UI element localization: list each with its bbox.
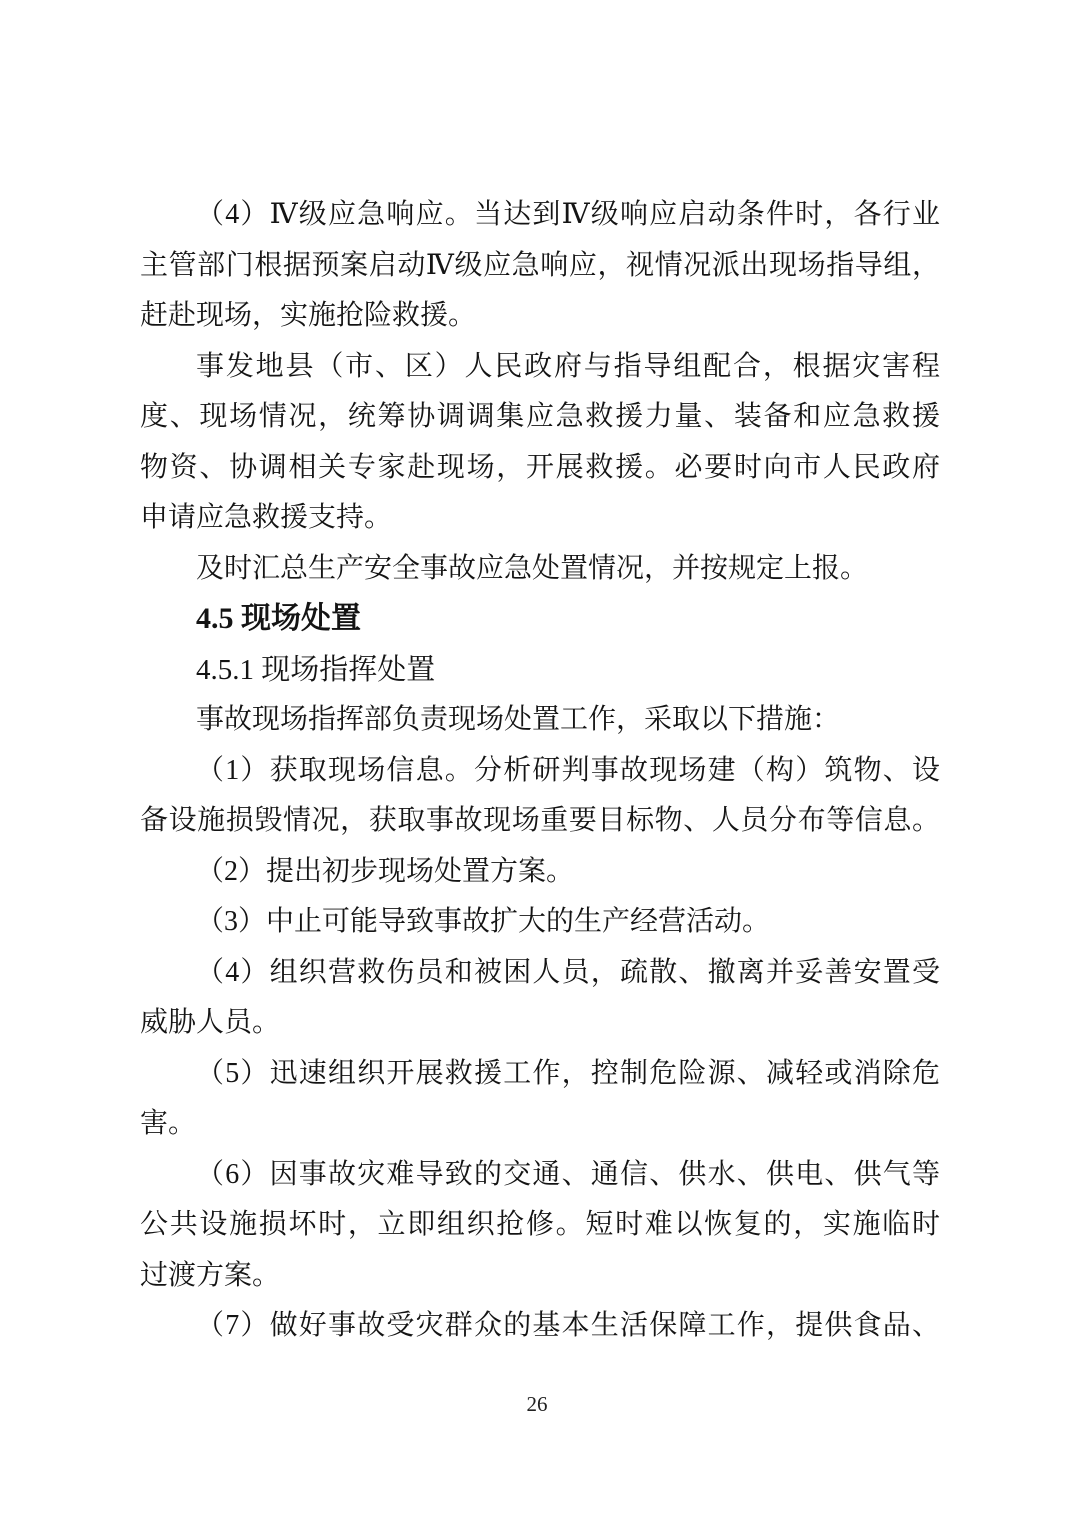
list-item-4-line: （4）组织营救伤员和被困人员，疏散、撤离并妥善安置受 — [140, 948, 940, 999]
list-item-5-line: 害。 — [140, 1099, 940, 1150]
section-heading-4-5: 4.5 现场处置 — [140, 594, 940, 645]
paragraph-local-gov-line: 事发地县（市、区）人民政府与指导组配合，根据灾害程 — [140, 342, 940, 393]
section-heading-4-5-1: 4.5.1 现场指挥处置 — [140, 645, 940, 696]
document-page: （4）Ⅳ级应急响应。当达到Ⅳ级响应启动条件时，各行业 主管部门根据预案启动Ⅳ级应… — [0, 0, 1074, 1520]
paragraph-command-intro-line: 事故现场指挥部负责现场处置工作，采取以下措施： — [140, 695, 940, 746]
paragraph-iv-response-line: 赶赴现场，实施抢险救援。 — [140, 291, 940, 342]
list-item-5-line: （5）迅速组织开展救援工作，控制危险源、减轻或消除危 — [140, 1049, 940, 1100]
list-item-6-line: （6）因事故灾难导致的交通、通信、供水、供电、供气等 — [140, 1150, 940, 1201]
paragraph-local-gov-line: 物资、协调相关专家赴现场，开展救援。必要时向市人民政府 — [140, 443, 940, 494]
paragraph-local-gov-line: 申请应急救援支持。 — [140, 493, 940, 544]
list-item-6-line: 过渡方案。 — [140, 1251, 940, 1302]
list-item-4-line: 威胁人员。 — [140, 998, 940, 1049]
list-item-3-line: （3）中止可能导致事故扩大的生产经营活动。 — [140, 897, 940, 948]
paragraph-iv-response-line: 主管部门根据预案启动Ⅳ级应急响应，视情况派出现场指导组， — [140, 241, 940, 292]
page-number: 26 — [0, 1392, 1074, 1417]
list-item-1-line: （1）获取现场信息。分析研判事故现场建（构）筑物、设 — [140, 746, 940, 797]
paragraph-iv-response-line: （4）Ⅳ级应急响应。当达到Ⅳ级响应启动条件时，各行业 — [140, 190, 940, 241]
list-item-2-line: （2）提出初步现场处置方案。 — [140, 847, 940, 898]
document-body: （4）Ⅳ级应急响应。当达到Ⅳ级响应启动条件时，各行业 主管部门根据预案启动Ⅳ级应… — [140, 190, 940, 1352]
paragraph-local-gov-line: 度、现场情况，统筹协调调集应急救援力量、装备和应急救援 — [140, 392, 940, 443]
list-item-7-line: （7）做好事故受灾群众的基本生活保障工作，提供食品、 — [140, 1301, 940, 1352]
paragraph-report-line: 及时汇总生产安全事故应急处置情况，并按规定上报。 — [140, 544, 940, 595]
list-item-1-line: 备设施损毁情况，获取事故现场重要目标物、人员分布等信息。 — [140, 796, 940, 847]
list-item-6-line: 公共设施损坏时，立即组织抢修。短时难以恢复的，实施临时 — [140, 1200, 940, 1251]
